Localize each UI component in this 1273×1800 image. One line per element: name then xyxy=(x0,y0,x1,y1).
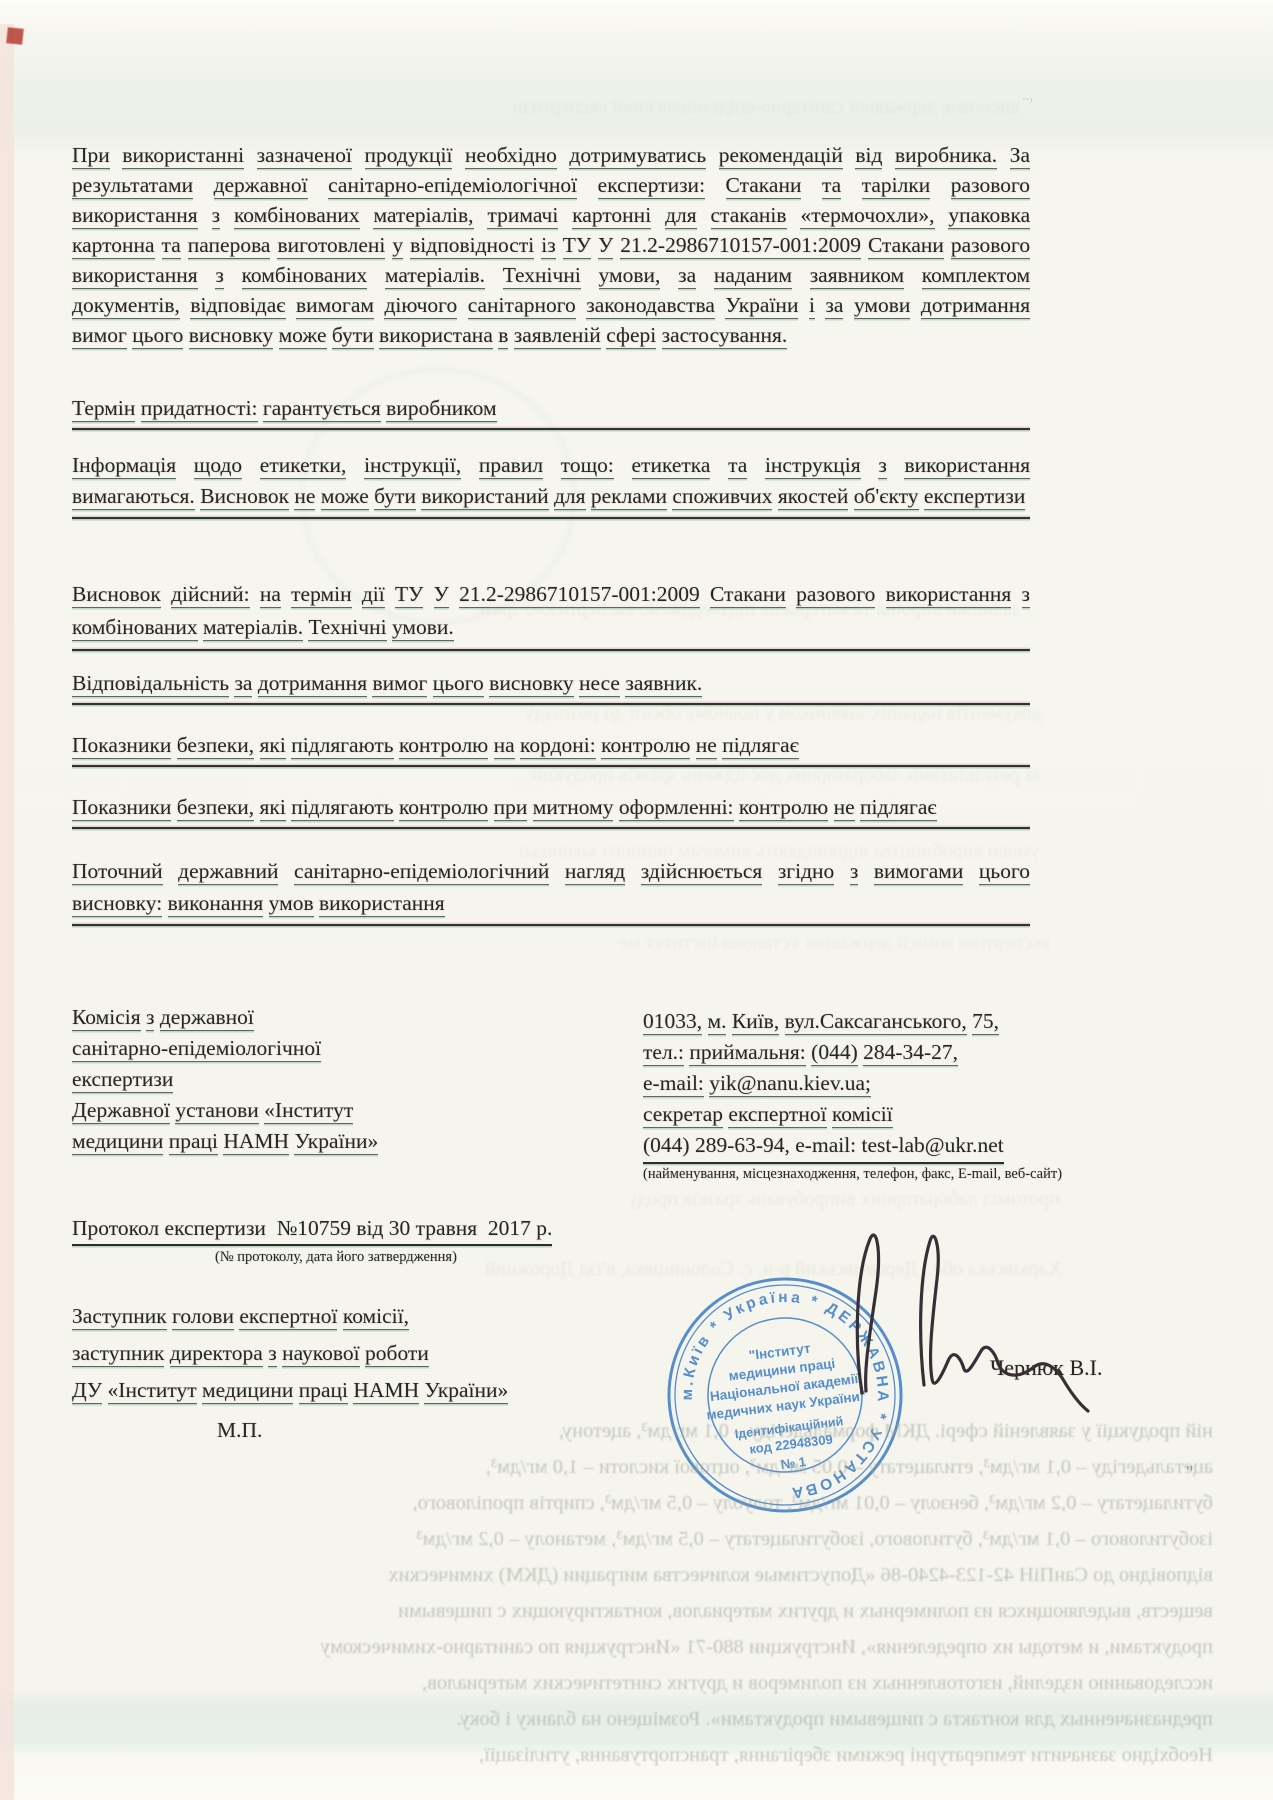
section-rule xyxy=(72,765,1030,767)
section-rule xyxy=(72,924,1030,926)
section-text: Інформація щодо етикетки, інструкції, пр… xyxy=(72,450,1030,512)
section-rule xyxy=(72,428,1030,430)
bleed-ghost-line: за результатами лабораторних досліджень … xyxy=(62,764,1042,787)
contact-secretary: секретар експертної комісії xyxy=(643,1099,1063,1130)
section-current-supervision: Поточний державний санітарно-епідеміолог… xyxy=(72,855,1030,926)
bleed-line: исследованию изделий, изготовленных из п… xyxy=(55,1672,1213,1708)
section-text: Поточний державний санітарно-епідеміолог… xyxy=(72,855,1030,919)
bleed-line: ацетальдегіду – 0,1 мг/дм³, етилацетату … xyxy=(55,1456,1213,1492)
section-customs-control: Показники безпеки, які підлягають контро… xyxy=(72,792,1030,829)
bleed-line: продуктами, и методы их определения», Ин… xyxy=(55,1636,1213,1672)
scan-edge-strip xyxy=(0,24,14,1800)
intro-paragraph: При використанні зазначеної продукції не… xyxy=(72,140,1030,350)
protocol-line: Протокол експертизи №10759 від 30 травня… xyxy=(72,1213,552,1246)
section-responsibility: Відповідальність за дотримання вимог цьо… xyxy=(72,668,1030,705)
section-text: Термін придатності: гарантується виробни… xyxy=(72,393,1030,423)
section-text: Відповідальність за дотримання вимог цьо… xyxy=(72,668,1030,698)
bleed-line: ній продукції у заявленій сфері. ДКМ фор… xyxy=(55,1420,1213,1456)
handwritten-signature xyxy=(820,1215,1120,1430)
section-rule xyxy=(72,827,1030,829)
commission-line: санітарно-епідеміологічної xyxy=(72,1033,502,1064)
commission-name-block: Комісія з державної санітарно-епідеміоло… xyxy=(72,1002,502,1157)
commission-contacts-block: 01033, м. Київ, вул.Саксаганського, 75, … xyxy=(643,1006,1063,1183)
section-text: Висновок дійсний: на термін дії ТУ У 21.… xyxy=(72,578,1030,644)
bleed-line: Необхідно зазначити температурні режими … xyxy=(55,1744,1213,1780)
bleed-line: предназначенных для контакта с пищевыми … xyxy=(55,1708,1213,1744)
signoff-title-line: заступник директора з наукової роботи xyxy=(72,1335,632,1372)
bleed-line: бутилацетату – 0,2 мг/дм³, бензолу – 0,0… xyxy=(55,1492,1213,1528)
section-border-control: Показники безпеки, які підлягають контро… xyxy=(72,730,1030,767)
scan-speck: .., xyxy=(1022,88,1033,105)
section-shelf-life: Термін придатності: гарантується виробни… xyxy=(72,393,1030,430)
section-rule xyxy=(72,517,1030,519)
section-rule xyxy=(72,703,1030,705)
contact-address: 01033, м. Київ, вул.Саксаганського, 75, xyxy=(643,1006,1063,1037)
scan-red-mark xyxy=(6,27,24,45)
bleed-ghost-line: висновок державної санітарно-епідеміолог… xyxy=(180,96,1020,119)
section-text: Показники безпеки, які підлягають контро… xyxy=(72,792,1030,822)
section-validity: Висновок дійсний: на термін дії ТУ У 21.… xyxy=(72,578,1030,651)
bleed-line: відповідно до СанПіН 42-123-4240-86 «Доп… xyxy=(55,1564,1213,1600)
bleed-ghost-line: документів наданих заявником у повному о… xyxy=(62,702,1042,725)
scanned-document-page: .., '' висновок державної санітарно-епід… xyxy=(0,0,1273,1800)
commission-line: експертизи xyxy=(72,1064,502,1095)
bleed-line: ізобутилового – 0,1 мг/дм³, бутилового, … xyxy=(55,1528,1213,1564)
contact-email: e-mail: yik@nanu.kiev.ua; xyxy=(643,1068,1063,1099)
contact-phone: тел.: приймальня: (044) 284-34-27, xyxy=(643,1037,1063,1068)
section-text: Показники безпеки, які підлягають контро… xyxy=(72,730,1030,760)
commission-line: Державної установи «Інститут xyxy=(72,1095,502,1126)
bleed-through-text-block: ній продукції у заявленій сфері. ДКМ фор… xyxy=(55,1420,1213,1780)
contacts-caption: (найменування, місцезнаходження, телефон… xyxy=(643,1166,1063,1183)
section-rule xyxy=(72,649,1030,651)
commission-line: медицини праці НАМН України» xyxy=(72,1126,502,1157)
contact-secretary-phone-email: (044) 289-63-94, e-mail: test-lab@ukr.ne… xyxy=(643,1130,1004,1164)
bleed-ghost-line: протокол лабораторних випробувань зразкі… xyxy=(630,1188,1060,1211)
signoff-title-line: ДУ «Інститут медицини праці НАМН України… xyxy=(72,1372,632,1409)
signature-strokes xyxy=(820,1215,1120,1430)
bleed-ghost-line: експертної комісії державної установи ін… xyxy=(620,932,1050,955)
signoff-title-line: Заступник голови експертної комісії, xyxy=(72,1298,632,1335)
bleed-line: веществ, выделяющихся из полимерных и др… xyxy=(55,1600,1213,1636)
commission-line: Комісія з державної xyxy=(72,1002,502,1033)
section-label-info: Інформація щодо етикетки, інструкції, пр… xyxy=(72,450,1030,519)
